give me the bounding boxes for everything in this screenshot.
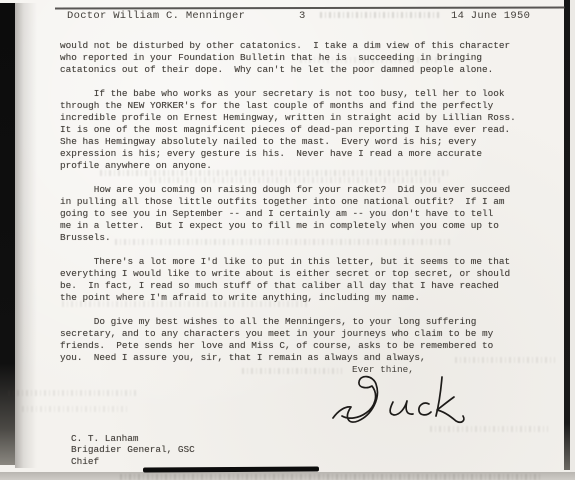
bleedthrough-smudge (120, 474, 540, 480)
letter-date: 14 June 1950 (451, 10, 530, 22)
scan-margin-right (570, 0, 575, 480)
bleedthrough-smudge (300, 57, 450, 63)
signer-role: Chief (71, 456, 195, 467)
signature-block: C. T. Lanham Brigadier General, GSC Chie… (71, 433, 195, 467)
paragraph: If the babe who works as your secretary … (60, 88, 560, 172)
page-number: 3 (299, 10, 306, 22)
signature-ink-stroke (330, 371, 480, 431)
signer-name: C. T. Lanham (71, 433, 195, 444)
scan-edge-line-right (564, 0, 570, 470)
bleedthrough-smudge (430, 426, 548, 432)
bleedthrough-smudge (455, 357, 555, 363)
bleedthrough-smudge (115, 239, 450, 245)
recipient-name: Doctor William C. Menninger (67, 10, 245, 22)
paragraph: How are you coming on raising dough for … (60, 184, 560, 244)
bleedthrough-smudge (22, 406, 130, 412)
scanned-letter-page: Doctor William C. Menninger 3 14 June 19… (0, 0, 575, 480)
bottom-ink-bar (143, 467, 319, 473)
bleedthrough-smudge (62, 301, 307, 307)
bleedthrough-smudge (8, 390, 136, 396)
handwritten-signature: Buck (330, 371, 480, 431)
page-top-rule (55, 7, 565, 10)
bleedthrough-smudge (150, 177, 440, 183)
bleedthrough-smudge (100, 170, 450, 176)
bleedthrough-smudge (320, 12, 442, 18)
paragraph: There's a lot more I'd like to put in th… (60, 256, 560, 304)
letter-body: would not be disturbed by other catatoni… (60, 40, 560, 376)
bleedthrough-smudge (242, 368, 342, 374)
signer-title: Brigadier General, GSC (71, 444, 195, 455)
page-curl-shadow (15, 3, 37, 468)
